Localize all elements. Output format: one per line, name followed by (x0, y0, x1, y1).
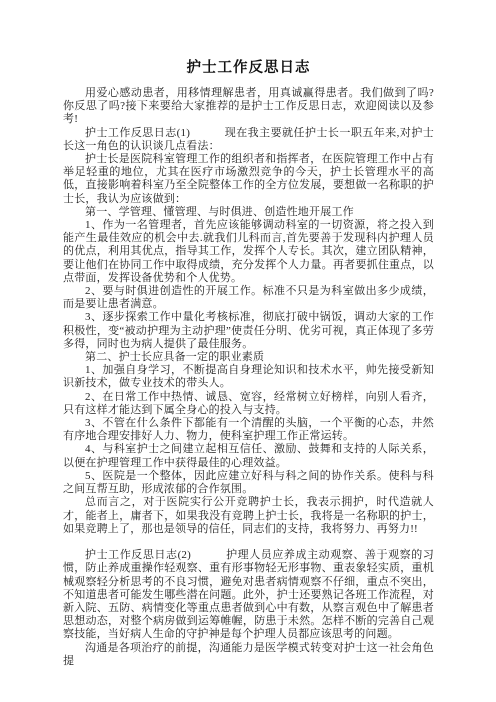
paragraph: 第一、学管理、懂管理、与时俱进、创造性地开展工作 (63, 206, 434, 219)
paragraph: 2、要与时俱进创造性的开展工作。标准不只是为科室做出多少成绩，而是要让患者满意。 (63, 285, 434, 311)
paragraph: 用爱心感动患者，用移情理解患者，用真诚赢得患者。我们做到了吗?你反思了吗?接下来… (63, 87, 434, 127)
paragraph: 护士工作反思日志(1) 现在我主要就任护士长一职五年来,对护士长这一角色的认识谈… (63, 127, 434, 153)
paragraph: 护士长是医院科室管理工作的组织者和指挥者，在医院管理工作中占有举足轻重的地位，尤… (63, 153, 434, 206)
page-title: 护士工作反思日志 (63, 59, 434, 77)
paragraph: 1、作为一名管理者，首先应该能够调动科室的一切资源，将之投入到能产生最佳效应的机… (63, 219, 434, 285)
paragraph: 3、逐步探索工作中量化考核标准，彻底打破中锅饭，调动大家的工作积极性，变“被动护… (63, 311, 434, 351)
paragraph: 5、医院是一个整体，因此应建立好科与科之间的协作关系。使科与科之间互帮互助，形成… (63, 470, 434, 496)
paragraph: 2、在日常工作中热情、诚恳、宽容，经常树立好榜样，向别人看齐，只有这样才能达到下… (63, 391, 434, 417)
paragraph: 总而言之，对于医院实行公开竞聘护士长，我表示拥护，时代造就人才，能者上，庸者下，… (63, 496, 434, 536)
paragraph: 3、不管在什么条件下都能有一个清醒的头脑，一个平衡的心态，井然有序地合理安排好人… (63, 417, 434, 443)
paragraph: 护士工作反思日志(2) 护理人员应养成主动观察、善于观察的习惯，防止养成重操作轻… (63, 549, 434, 641)
paragraph: 1、加强自身学习，不断提高自身理论知识和技术水平，帅先接受新知识新技术，做专业技… (63, 364, 434, 390)
paragraph: 沟通是各项治疗的前提，沟通能力是医学模式转变对护士这一社会角色提 (63, 642, 434, 668)
document-page: 护士工作反思日志 用爱心感动患者，用移情理解患者，用真诚赢得患者。我们做到了吗?… (0, 0, 496, 702)
document-content: 护士工作反思日志 用爱心感动患者，用移情理解患者，用真诚赢得患者。我们做到了吗?… (0, 0, 496, 668)
paragraph: 4、与科室护士之间建立起相互信任、激励、鼓舞和支持的人际关系，以便在护理管理工作… (63, 443, 434, 469)
paragraph: 第二、护士长应具备一定的职业素质 (63, 351, 434, 364)
document-body: 用爱心感动患者，用移情理解患者，用真诚赢得患者。我们做到了吗?你反思了吗?接下来… (63, 87, 434, 668)
